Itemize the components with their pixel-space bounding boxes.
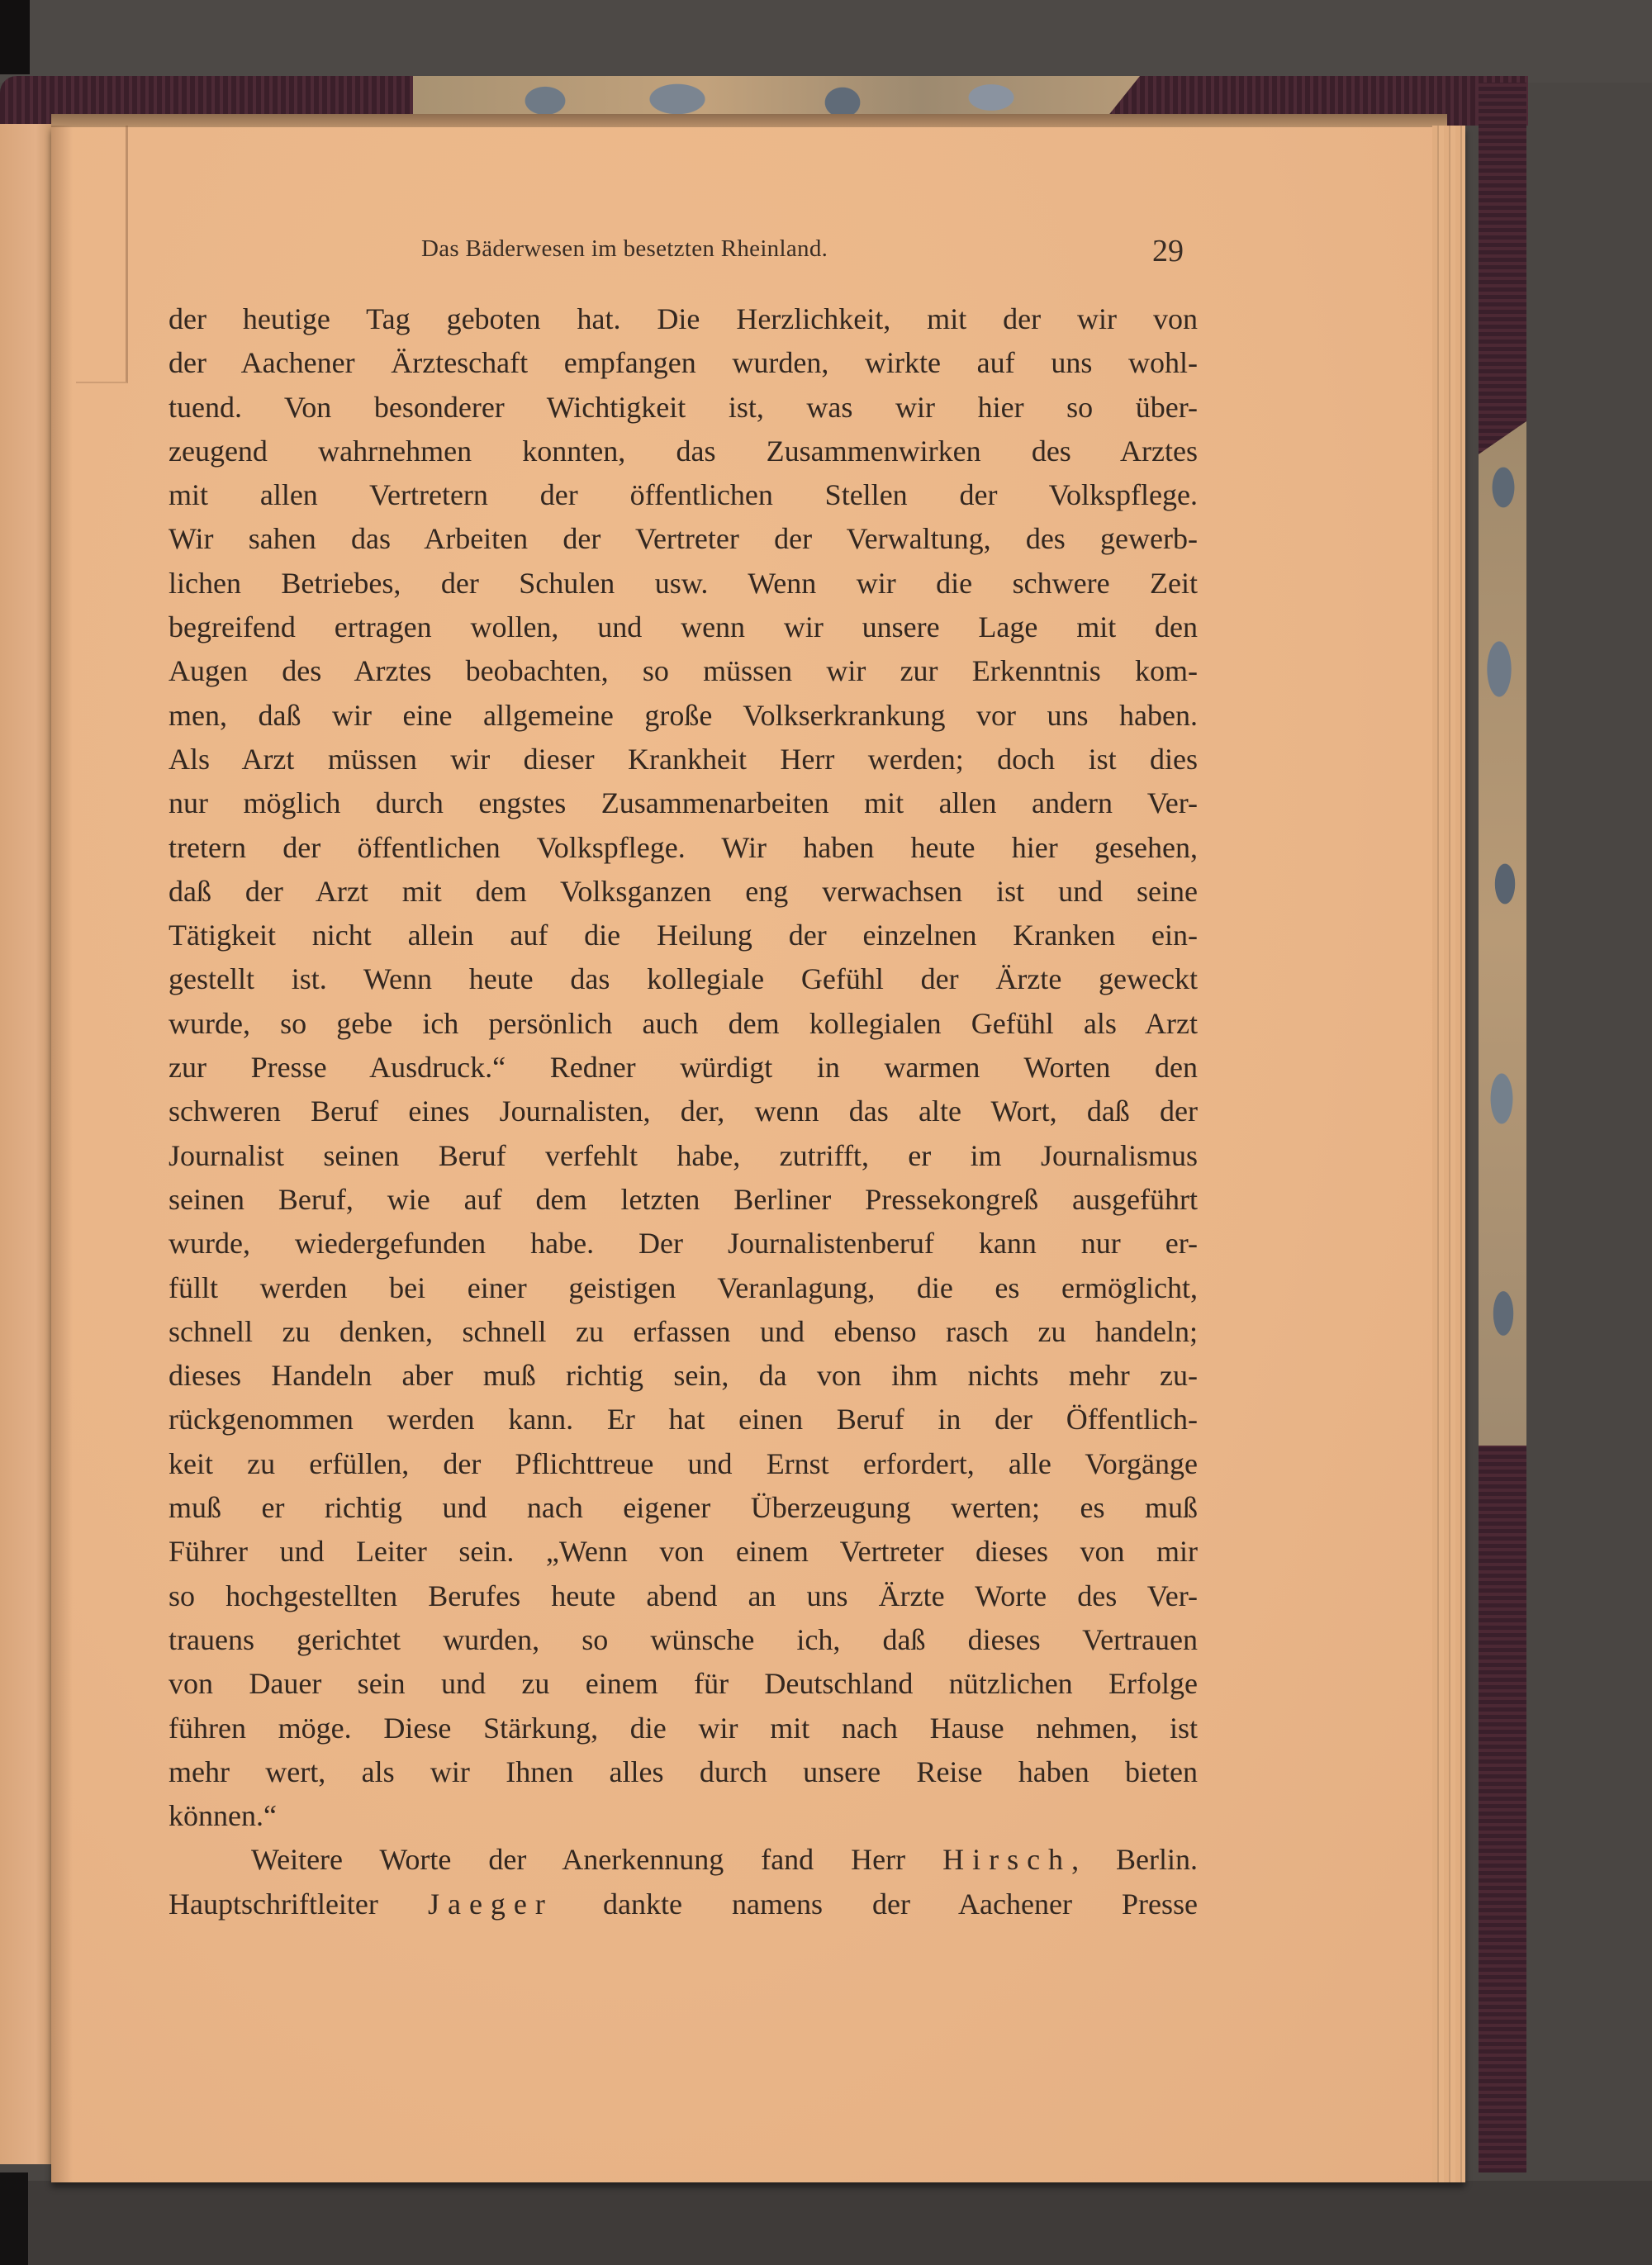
text-line: men, daß wir eine allgemeine große Volks… <box>169 694 1198 738</box>
text-line: lichen Betriebes, der Schulen usw. Wenn … <box>169 562 1198 605</box>
page-top-edge <box>51 114 1447 127</box>
text-line: Als Arzt müssen wir dieser Krankheit Her… <box>169 738 1198 781</box>
text-line: trauens gerichtet wurden, so wünsche ich… <box>169 1618 1198 1662</box>
text-line: rückgenommen werden kann. Er hat einen B… <box>169 1398 1198 1441</box>
text-line: mehr wert, als wir Ihnen alles durch uns… <box>169 1750 1198 1794</box>
text-line: daß der Arzt mit dem Volksganzen eng ver… <box>169 870 1198 914</box>
scan-backdrop-bottom <box>0 2181 1652 2265</box>
body-text: der heutige Tag geboten hat. Die Herzlic… <box>169 297 1198 1926</box>
text-line: so hochgestellten Berufes heute abend an… <box>169 1574 1198 1618</box>
text-line: wurde, so gebe ich persönlich auch dem k… <box>169 1002 1198 1046</box>
text-line: dieses Handeln aber muß richtig sein, da… <box>169 1354 1198 1398</box>
text-line: Hauptschriftleiter Jaeger dankte namens … <box>169 1883 1198 1926</box>
scan-backdrop-top <box>0 0 1652 83</box>
text-line: seinen Beruf, wie auf dem letzten Berlin… <box>169 1178 1198 1222</box>
paragraph-2: Weitere Worte der Anerkennung fand Herr … <box>169 1838 1198 1926</box>
text-line: gestellt ist. Wenn heute das kollegiale … <box>169 957 1198 1001</box>
text-line: Weitere Worte der Anerkennung fand Herr … <box>169 1838 1198 1882</box>
page-gutter-shadow <box>51 126 73 2182</box>
text-line: tretern der öffentlichen Volkspflege. Wi… <box>169 826 1198 870</box>
text-line: Augen des Arztes beobachten, so müssen w… <box>169 649 1198 693</box>
text-line: schweren Beruf eines Journalisten, der, … <box>169 1090 1198 1133</box>
text-line: tuend. Von besonderer Wichtigkeit ist, w… <box>169 386 1198 430</box>
text-line: von Dauer sein und zu einem für Deutschl… <box>169 1662 1198 1706</box>
person-name-jaeger: Jaeger <box>428 1887 553 1921</box>
person-name-hirsch: Hirsch <box>942 1843 1071 1876</box>
running-head: Das Bäderwesen im besetzten Rheinland. <box>421 235 828 263</box>
text-line: nur möglich durch engstes Zusammenarbeit… <box>169 781 1198 825</box>
page-repair-strip <box>76 126 128 383</box>
text-line: begreifend ertragen wollen, und wenn wir… <box>169 605 1198 649</box>
facing-page-edge <box>0 124 51 2164</box>
text-line: können.“ <box>169 1794 1198 1838</box>
text-line: zeugend wahrnehmen konnten, das Zusammen… <box>169 430 1198 473</box>
text-line: keit zu erfüllen, der Pflichttreue und E… <box>169 1442 1198 1486</box>
text-line: führen möge. Diese Stärkung, die wir mit… <box>169 1707 1198 1750</box>
text-line: schnell zu denken, schnell zu erfassen u… <box>169 1310 1198 1354</box>
text-line: zur Presse Ausdruck.“ Redner würdigt in … <box>169 1046 1198 1090</box>
text-line: füllt werden bei einer geistigen Veranla… <box>169 1266 1198 1310</box>
text-line: Journalist seinen Beruf verfehlt habe, z… <box>169 1134 1198 1178</box>
text-line: muß er richtig und nach eigener Überzeug… <box>169 1486 1198 1530</box>
text-line: Wir sahen das Arbeiten der Vertreter der… <box>169 517 1198 561</box>
text-line: wurde, wiedergefunden habe. Der Journali… <box>169 1222 1198 1265</box>
paragraph-1: der heutige Tag geboten hat. Die Herzlic… <box>169 297 1198 1838</box>
text-line: der heutige Tag geboten hat. Die Herzlic… <box>169 297 1198 341</box>
page-fore-edges <box>1432 126 1465 2182</box>
scan-backdrop-shadow-bottom <box>0 2172 28 2265</box>
text-line: Führer und Leiter sein. „Wenn von einem … <box>169 1530 1198 1574</box>
page-number: 29 <box>1152 233 1184 269</box>
text-line: der Aachener Ärzteschaft empfangen wurde… <box>169 341 1198 385</box>
marbled-endpaper-right <box>1479 421 1526 1446</box>
text-line: mit allen Vertretern der öffentlichen St… <box>169 473 1198 517</box>
text-line: Tätigkeit nicht allein auf die Heilung d… <box>169 914 1198 957</box>
scan-backdrop-shadow <box>0 0 30 74</box>
